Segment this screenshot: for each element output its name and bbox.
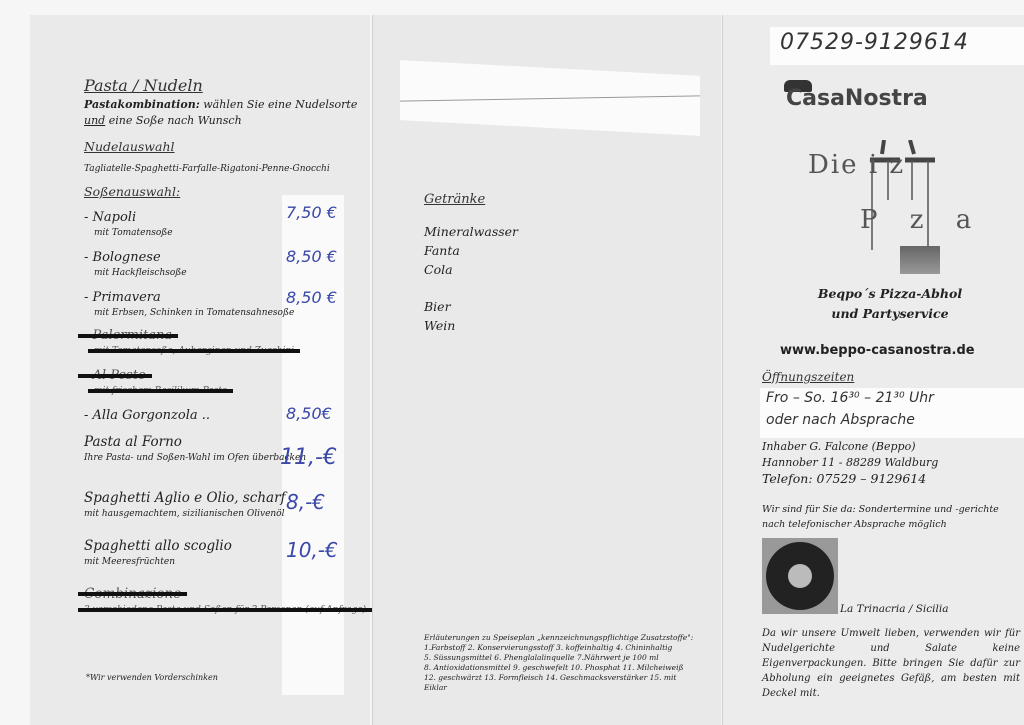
dish-description: 3 verschiedene Pasta und Soßen für 2 Per…	[84, 605, 366, 615]
drink-item: Bier	[424, 299, 451, 314]
handwritten-price: 8,-€	[286, 490, 325, 514]
website-link[interactable]: www.beppo-casanostra.de	[780, 343, 975, 358]
drink-item: Fanta	[424, 243, 460, 258]
footnote: *Wir verwenden Vorderschinken	[86, 673, 218, 682]
dish-item: - Bolognesemit Hackfleischsoße	[84, 250, 187, 278]
sossen-heading: Soßenauswahl:	[84, 184, 180, 199]
pasta-title: Pasta / Nudeln	[84, 76, 203, 95]
trinacria-caption: La Trinacria / Sicilia	[840, 603, 948, 615]
dish-name: - Al Pesto	[84, 368, 146, 383]
dish-item: - Napolimit Tomatensoße	[84, 210, 173, 238]
drinks-heading: Getränke	[424, 192, 485, 207]
pasta-combination-line1: Pastakombination: wählen Sie eine Nudels…	[84, 98, 357, 111]
dish-name: - Palermitana	[84, 328, 172, 343]
dish-item: - Palermitanamit Tomatensoße, Auberginen…	[84, 328, 294, 356]
dish-description: mit hausgemachtem, sizilianischen Oliven…	[84, 509, 286, 519]
hours-heading: Öffnungszeiten	[762, 370, 854, 384]
dish-name: Combinazione	[84, 586, 181, 602]
hours-line-2: oder nach Absprache	[766, 412, 915, 428]
nudel-list: Tagliatelle-Spaghetti-Farfalle-Rigatoni-…	[84, 164, 330, 174]
drink-item: Mineralwasser	[424, 224, 518, 239]
puppet-text-top: Die i z	[808, 150, 905, 180]
owner: Inhaber G. Falcone (Beppo)	[762, 440, 915, 453]
drink-item: Wein	[424, 318, 455, 333]
dish-item: Spaghetti allo scogliomit Meeresfrüchten	[84, 538, 232, 567]
handwritten-phone: 07529-9129614	[780, 30, 969, 55]
handwritten-price: 8,50 €	[286, 288, 337, 307]
handwritten-price: 7,50 €	[286, 203, 337, 222]
puppet-text-bottom: P z a	[860, 205, 983, 235]
dish-description: mit Tomatensoße, Auberginen und Zucchini	[94, 346, 294, 356]
handwritten-price: 11,-€	[280, 445, 337, 470]
handwritten-price: 10,-€	[286, 538, 338, 562]
dish-description: mit frischem Basilikum-Pesto	[94, 386, 227, 396]
additives-legend: Erläuterungen zu Speiseplan „kennzeichnu…	[424, 633, 694, 693]
drink-item: Cola	[424, 262, 453, 277]
trinacria-icon	[762, 538, 838, 614]
dish-item: - Alla Gorgonzola ..	[84, 408, 210, 423]
hours-line-1: Fro – So. 16³⁰ – 21³⁰ Uhr	[766, 390, 934, 406]
dish-name: Pasta al Forno	[84, 434, 182, 450]
dish-item: - Al Pestomit frischem Basilikum-Pesto	[84, 368, 227, 396]
dish-description: mit Meeresfrüchten	[84, 557, 232, 567]
dish-name: - Alla Gorgonzola ..	[84, 408, 210, 423]
address: Hannober 11 - 88289 Waldburg	[762, 456, 938, 469]
dish-description: mit Erbsen, Schinken in Tomatensahnesoße	[94, 308, 294, 318]
dish-name: Spaghetti allo scoglio	[84, 538, 232, 554]
eco-note: Da wir unsere Umwelt lieben, verwenden w…	[762, 626, 1020, 701]
nudel-heading: Nudelauswahl	[84, 139, 175, 154]
dish-name: - Bolognese	[84, 250, 161, 265]
dish-item: - Primaveramit Erbsen, Schinken in Tomat…	[84, 290, 294, 318]
dish-name: Spaghetti Aglio e Olio, scharf	[84, 490, 286, 506]
dish-description: mit Hackfleischsoße	[94, 268, 187, 278]
pizza-photo	[900, 246, 940, 274]
handwritten-price: 8,50€	[286, 404, 332, 423]
dish-item: Pasta al FornoIhre Pasta- und Soßen-Wahl…	[84, 434, 306, 463]
dish-name: - Primavera	[84, 290, 161, 305]
dish-item: Spaghetti Aglio e Olio, scharfmit hausge…	[84, 490, 286, 519]
dish-description: mit Tomatensoße	[94, 228, 173, 238]
phone: Telefon: 07529 – 9129614	[762, 471, 926, 486]
casanostra-logo: CasaNostra	[786, 86, 928, 111]
combination-label: Pastakombination:	[84, 98, 200, 111]
dish-item: Combinazione3 verschiedene Pasta und Soß…	[84, 586, 366, 615]
slogan: Beqpo´s Pizza-Abhol und Partyservice	[800, 284, 980, 324]
dish-description: Ihre Pasta- und Soßen-Wahl im Ofen überb…	[84, 453, 306, 463]
special-note: Wir sind für Sie da: Sondertermine und -…	[762, 502, 1024, 532]
pasta-combination-line2: und eine Soße nach Wunsch	[84, 114, 242, 127]
dish-name: - Napoli	[84, 210, 136, 225]
handwritten-price: 8,50 €	[286, 247, 337, 266]
